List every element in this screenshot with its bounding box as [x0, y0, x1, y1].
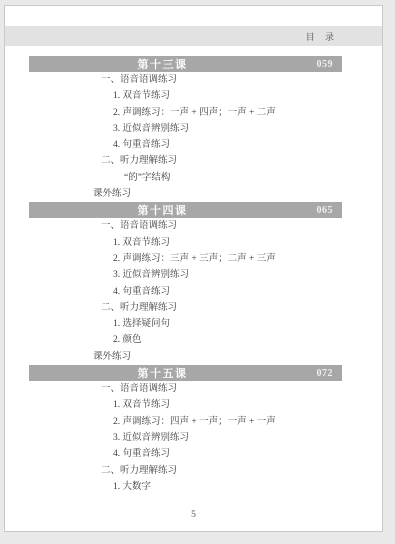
- toc-item: 2. 声调练习：一声 + 四声；一声 + 二声: [5, 105, 382, 121]
- lesson-page-number: 059: [296, 59, 342, 70]
- toc-item: 课外练习: [5, 186, 382, 202]
- lesson-page-number: 072: [296, 368, 342, 379]
- lesson-title: 第十四课: [29, 202, 296, 218]
- toc-item: 1. 大数字: [5, 479, 382, 495]
- toc-page: 目 录 第十三课059一、语音语调练习1. 双音节练习2. 声调练习：一声 + …: [4, 5, 383, 532]
- toc-item: 2. 声调练习：四声 + 一声；一声 + 一声: [5, 414, 382, 430]
- toc-header-bar: 目 录: [5, 26, 382, 46]
- lesson-bar: 第十四课065: [29, 202, 342, 218]
- toc-item: 4. 句重音练习: [5, 137, 382, 153]
- lesson-bar: 第十五课072: [29, 365, 342, 381]
- toc-item: 一、语音语调练习: [5, 218, 382, 234]
- toc-item: 4. 句重音练习: [5, 284, 382, 300]
- toc-content: 第十三课059一、语音语调练习1. 双音节练习2. 声调练习：一声 + 四声；一…: [5, 56, 382, 495]
- toc-item: 二、听力理解练习: [5, 463, 382, 479]
- toc-item: 二、听力理解练习: [5, 153, 382, 169]
- toc-item: 一、语音语调练习: [5, 72, 382, 88]
- toc-item: 1. 双音节练习: [5, 397, 382, 413]
- toc-item: “的”字结构: [5, 170, 382, 186]
- lesson-page-number: 065: [296, 205, 342, 216]
- toc-item: 4. 句重音练习: [5, 446, 382, 462]
- lesson-title: 第十五课: [29, 365, 296, 381]
- toc-item: 一、语音语调练习: [5, 381, 382, 397]
- toc-item: 1. 选择疑问句: [5, 316, 382, 332]
- toc-item: 3. 近似音辨别练习: [5, 430, 382, 446]
- toc-item: 2. 颜色: [5, 332, 382, 348]
- toc-section: 第十四课065一、语音语调练习1. 双音节练习2. 声调练习：三声 + 三声；二…: [5, 202, 382, 365]
- toc-section: 第十五课072一、语音语调练习1. 双音节练习2. 声调练习：四声 + 一声；一…: [5, 365, 382, 495]
- page-number: 5: [191, 510, 196, 520]
- toc-item: 二、听力理解练习: [5, 300, 382, 316]
- toc-section: 第十三课059一、语音语调练习1. 双音节练习2. 声调练习：一声 + 四声；一…: [5, 56, 382, 202]
- toc-item: 2. 声调练习：三声 + 三声；二声 + 三声: [5, 251, 382, 267]
- toc-header-title: 目 录: [306, 32, 338, 42]
- toc-item: 1. 双音节练习: [5, 88, 382, 104]
- toc-item: 1. 双音节练习: [5, 235, 382, 251]
- toc-item: 课外练习: [5, 349, 382, 365]
- toc-item: 3. 近似音辨别练习: [5, 121, 382, 137]
- page-footer: 5: [5, 504, 382, 522]
- lesson-title: 第十三课: [29, 56, 296, 72]
- lesson-bar: 第十三课059: [29, 56, 342, 72]
- toc-item: 3. 近似音辨别练习: [5, 267, 382, 283]
